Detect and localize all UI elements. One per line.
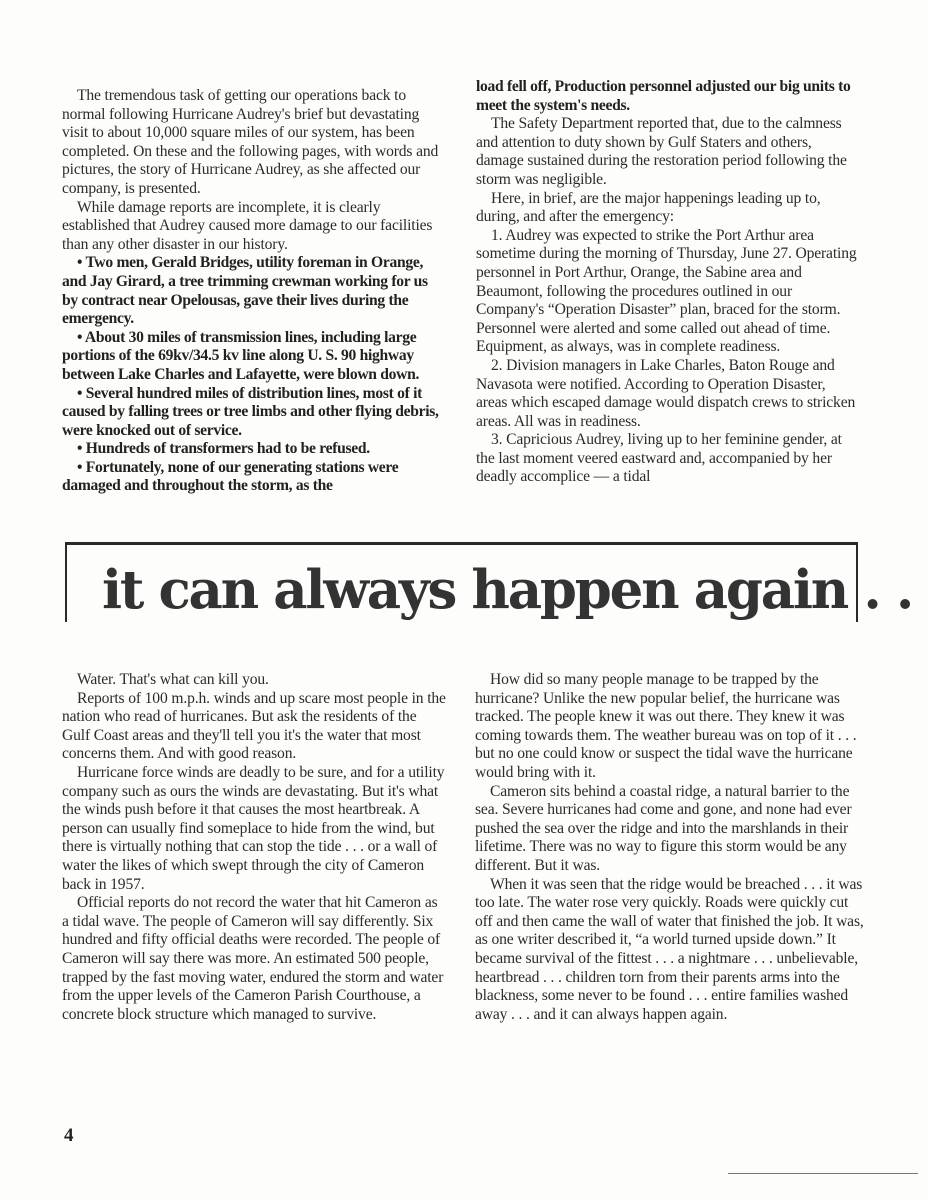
numbered-item: 3. Capricious Audrey, living up to her f… [476, 431, 860, 487]
paragraph: Here, in brief, are the major happenings… [476, 190, 860, 227]
paragraph: The Safety Department reported that, due… [476, 115, 860, 189]
bullet-item: • About 30 miles of transmission lines, … [62, 329, 444, 385]
bottom-right-column: How did so many people manage to be trap… [475, 671, 865, 1024]
paragraph: The tremendous task of getting our opera… [62, 87, 444, 199]
paragraph: When it was seen that the ridge would be… [475, 876, 865, 1025]
bullet-continuation: load fell off, Production personnel adju… [476, 78, 860, 115]
headline: it can always happen again . . . [102, 560, 927, 620]
paragraph: While damage reports are incomplete, it … [62, 199, 444, 255]
bullet-item: • Fortunately, none of our generating st… [62, 459, 444, 496]
top-right-column: load fell off, Production personnel adju… [476, 78, 860, 487]
paragraph: Water. That's what can kill you. [62, 671, 447, 690]
numbered-item: 2. Division managers in Lake Charles, Ba… [476, 357, 860, 431]
top-left-column: The tremendous task of getting our opera… [62, 87, 444, 496]
paragraph: How did so many people manage to be trap… [475, 671, 865, 783]
paragraph: Cameron sits behind a coastal ridge, a n… [475, 783, 865, 876]
bottom-left-column: Water. That's what can kill you. Reports… [62, 671, 447, 1024]
paragraph: Reports of 100 m.p.h. winds and up scare… [62, 690, 447, 764]
page-number: 4 [64, 1125, 74, 1147]
paragraph: Hurricane force winds are deadly to be s… [62, 764, 447, 894]
paragraph: Official reports do not record the water… [62, 894, 447, 1024]
bullet-item: • Two men, Gerald Bridges, utility forem… [62, 254, 444, 328]
footer-rule [728, 1173, 918, 1174]
bullet-item: • Hundreds of transformers had to be ref… [62, 440, 444, 459]
numbered-item: 1. Audrey was expected to strike the Por… [476, 227, 860, 357]
bullet-item: • Several hundred miles of distribution … [62, 385, 444, 441]
